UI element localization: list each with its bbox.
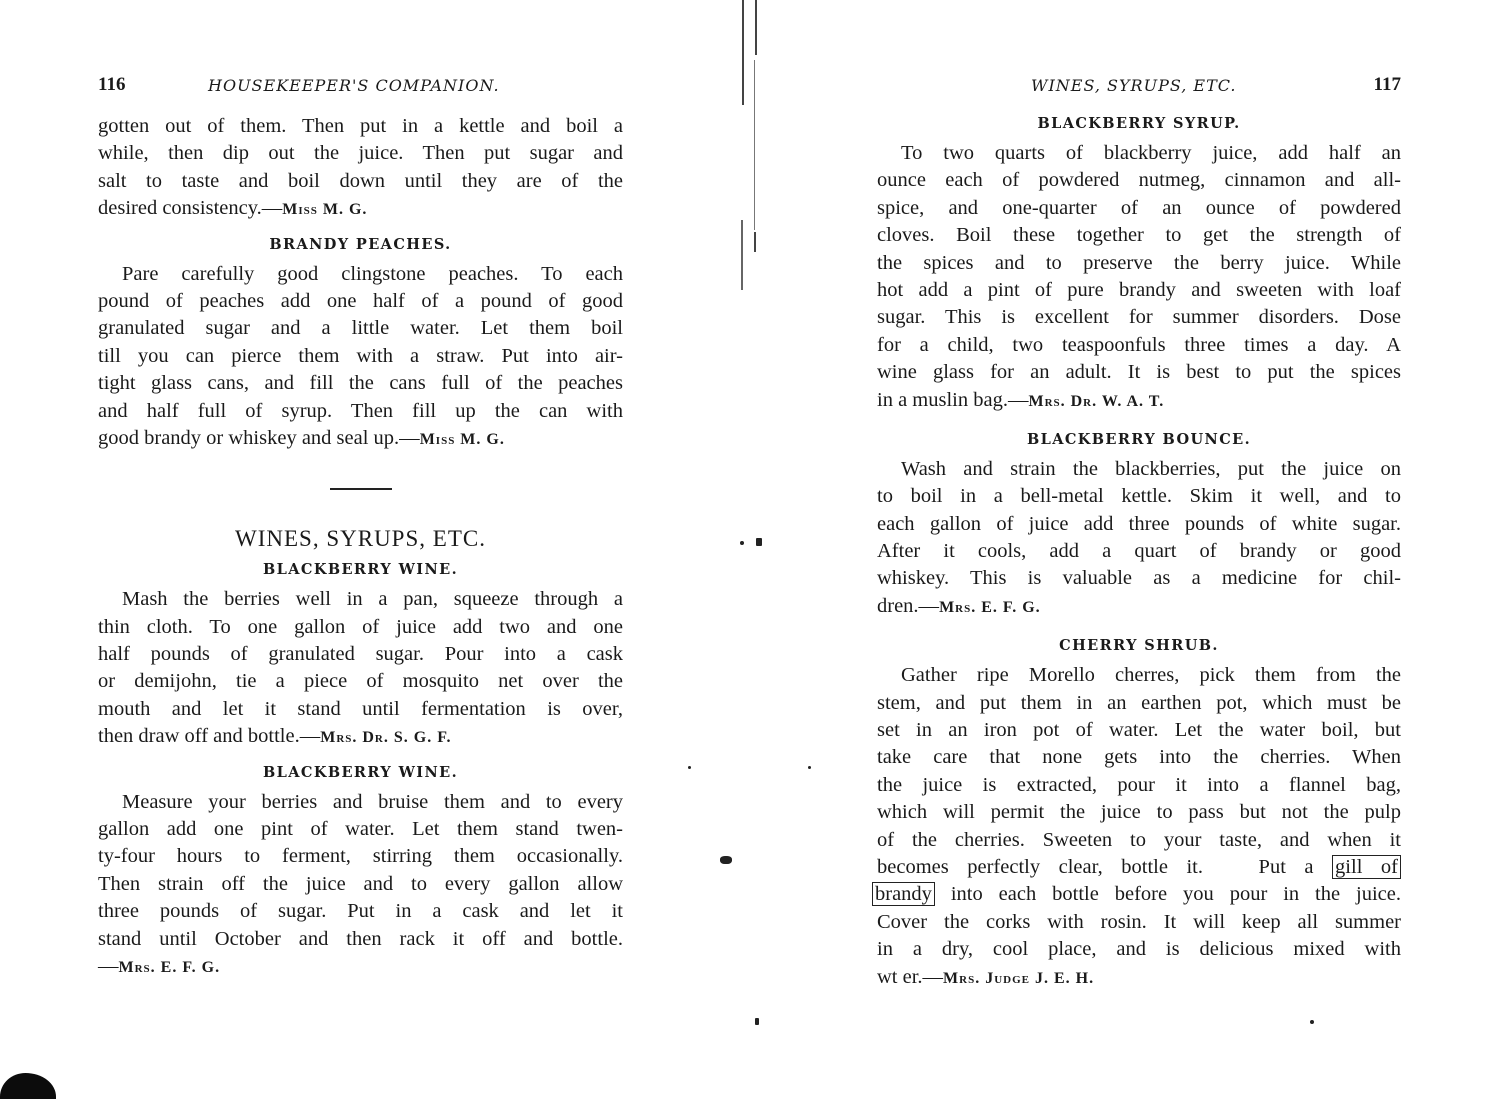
line-text: into each bottle before you pour in the … bbox=[935, 883, 1401, 905]
text-line: mouth and let it stand until fermentatio… bbox=[98, 696, 623, 723]
recipe-brandy-peaches: Pare carefully good clingstone peaches. … bbox=[98, 261, 623, 453]
text-line: while, then dip out the juice. Then put … bbox=[98, 140, 623, 167]
text-line: stand until October and then rack it off… bbox=[98, 926, 623, 953]
text-line: hot add a pint of pure brandy and sweete… bbox=[877, 277, 1401, 304]
text-line: gotten out of them. Then put in a kettle… bbox=[98, 113, 623, 140]
line-text: then draw off and bottle.— bbox=[98, 725, 320, 747]
text-line: Gather ripe Morello cherres, pick them f… bbox=[877, 662, 1401, 689]
section-title: WINES, SYRUPS, ETC. bbox=[98, 524, 623, 554]
running-header-left: 116 HOUSEKEEPER'S COMPANION. bbox=[98, 74, 623, 100]
recipe-blackberry-wine-1: Mash the berries well in a pan, squeeze … bbox=[98, 586, 623, 750]
recipe-blackberry-wine-2: Measure your berries and bruise them and… bbox=[98, 789, 623, 981]
text-line: After it cools, add a quart of brandy or… bbox=[877, 538, 1401, 565]
signature: Miss M. G. bbox=[282, 201, 367, 218]
text-line: which will permit the juice to pass but … bbox=[877, 799, 1401, 826]
text-line: each gallon of juice add three pounds of… bbox=[877, 511, 1401, 538]
text-line: and half full of syrup. Then fill up the… bbox=[98, 398, 623, 425]
signature: Mrs. Dr. W. A. T. bbox=[1028, 393, 1164, 410]
text-line: stem, and put them in an earthen pot, wh… bbox=[877, 690, 1401, 717]
text-line: Measure your berries and bruise them and… bbox=[98, 789, 623, 816]
page-number: 116 bbox=[98, 74, 125, 96]
signature: Mrs. Judge J. E. H. bbox=[943, 970, 1094, 987]
text-line: granulated sugar and a little water. Let… bbox=[98, 315, 623, 342]
recipe-heading: BLACKBERRY WINE. bbox=[98, 763, 623, 783]
running-head-title: WINES, SYRUPS, ETC. bbox=[1031, 76, 1237, 95]
running-header-right: WINES, SYRUPS, ETC. 117 bbox=[877, 74, 1401, 100]
text-line: salt to taste and boil down until they a… bbox=[98, 168, 623, 195]
text-line: three pounds of sugar. Put in a cask and… bbox=[98, 898, 623, 925]
recipe-heading: BLACKBERRY BOUNCE. bbox=[877, 430, 1401, 450]
text-line: tight glass cans, and fill the cans full… bbox=[98, 370, 623, 397]
recipe-cherry-shrub: Gather ripe Morello cherres, pick them f… bbox=[877, 662, 1401, 991]
text-line: cloves. Boil these together to get the s… bbox=[877, 222, 1401, 249]
text-line: wt er.—Mrs. Judge J. E. H. bbox=[877, 964, 1401, 991]
text-line: Then strain off the juice and to every g… bbox=[98, 871, 623, 898]
page-number: 117 bbox=[1374, 74, 1401, 96]
recipe-blackberry-syrup: To two quarts of blackberry juice, add h… bbox=[877, 140, 1401, 414]
text-line: whiskey. This is valuable as a medicine … bbox=[877, 565, 1401, 592]
text-line: or demijohn, tie a piece of mosquito net… bbox=[98, 668, 623, 695]
recipe-heading: BLACKBERRY SYRUP. bbox=[877, 114, 1401, 134]
text-line: brandy into each bottle before you pour … bbox=[872, 881, 1401, 908]
book-gutter-line bbox=[754, 60, 755, 230]
text-line: half pounds of granulated sugar. Pour in… bbox=[98, 641, 623, 668]
text-line: pound of peaches add one half of a pound… bbox=[98, 288, 623, 315]
text-line: set in an iron pot of water. Let the wat… bbox=[877, 717, 1401, 744]
scan-ink-blot bbox=[0, 1073, 56, 1099]
text-line: spice, and one-quarter of an ounce of po… bbox=[877, 195, 1401, 222]
text-line: —Mrs. E. F. G. bbox=[98, 953, 623, 980]
line-text: — bbox=[98, 955, 119, 977]
text-line: in a dry, cool place, and is delicious m… bbox=[877, 936, 1401, 963]
scan-speck bbox=[740, 541, 744, 545]
text-line: take care that none gets into the cherri… bbox=[877, 744, 1401, 771]
signature: Mrs. E. F. G. bbox=[119, 959, 221, 976]
text-line: desired consistency.—Miss M. G. bbox=[98, 195, 623, 222]
scan-speck bbox=[808, 766, 811, 769]
text-line: good brandy or whiskey and seal up.—Miss… bbox=[98, 425, 623, 452]
line-text: good brandy or whiskey and seal up.— bbox=[98, 427, 420, 449]
scan-speck bbox=[1310, 1020, 1314, 1024]
scan-speck bbox=[755, 1018, 759, 1025]
text-line: to boil in a bell-metal kettle. Skim it … bbox=[877, 483, 1401, 510]
scan-speck bbox=[688, 766, 691, 769]
line-text: wt er.— bbox=[877, 966, 943, 988]
text-line: Wash and strain the blackberries, put th… bbox=[877, 456, 1401, 483]
book-gutter-line bbox=[741, 220, 743, 290]
line-text: dren.— bbox=[877, 595, 939, 617]
signature: Mrs. E. F. G. bbox=[939, 599, 1041, 616]
text-line: Cover the corks with rosin. It will keep… bbox=[877, 909, 1401, 936]
continuation-paragraph: gotten out of them. Then put in a kettle… bbox=[98, 113, 623, 223]
line-text: in a muslin bag.— bbox=[877, 389, 1028, 411]
book-gutter-line bbox=[742, 0, 744, 105]
text-line: then draw off and bottle.—Mrs. Dr. S. G.… bbox=[98, 723, 623, 750]
recipe-heading: BRANDY PEACHES. bbox=[98, 235, 623, 255]
scan-speck bbox=[756, 538, 762, 546]
text-line: of the cherries. Sweeten to your taste, … bbox=[877, 827, 1401, 854]
text-line: the spices and to preserve the berry jui… bbox=[877, 250, 1401, 277]
text-line: dren.—Mrs. E. F. G. bbox=[877, 593, 1401, 620]
text-line: ounce each of powdered nutmeg, cinnamon … bbox=[877, 167, 1401, 194]
text-line: ty-four hours to ferment, stirring them … bbox=[98, 843, 623, 870]
scan-speck bbox=[720, 856, 732, 864]
recipe-heading: BLACKBERRY WINE. bbox=[98, 560, 623, 580]
signature: Miss M. G. bbox=[420, 431, 505, 448]
highlight-box-brandy: brandy bbox=[872, 882, 935, 906]
text-line: thin cloth. To one gallon of juice add t… bbox=[98, 614, 623, 641]
recipe-blackberry-bounce: Wash and strain the blackberries, put th… bbox=[877, 456, 1401, 620]
line-text: becomes perfectly clear, bottle it. Put … bbox=[877, 856, 1332, 878]
book-gutter-line bbox=[755, 0, 757, 55]
text-line: wine glass for an adult. It is best to p… bbox=[877, 359, 1401, 386]
right-page-body: BLACKBERRY SYRUP. To two quarts of black… bbox=[877, 114, 1401, 991]
text-line: in a muslin bag.—Mrs. Dr. W. A. T. bbox=[877, 387, 1401, 414]
book-gutter-line bbox=[754, 232, 756, 252]
section-divider-rule bbox=[330, 488, 392, 490]
highlight-box-gill-of: gill of bbox=[1332, 855, 1401, 879]
left-page-body: gotten out of them. Then put in a kettle… bbox=[98, 113, 623, 980]
running-head-title: HOUSEKEEPER'S COMPANION. bbox=[208, 76, 500, 95]
line-text: desired consistency.— bbox=[98, 197, 282, 219]
recipe-heading: CHERRY SHRUB. bbox=[877, 636, 1401, 656]
signature: Mrs. Dr. S. G. F. bbox=[320, 729, 451, 746]
text-line: To two quarts of blackberry juice, add h… bbox=[877, 140, 1401, 167]
text-line: for a child, two teaspoonfuls three time… bbox=[877, 332, 1401, 359]
text-line: gallon add one pint of water. Let them s… bbox=[98, 816, 623, 843]
text-line: Pare carefully good clingstone peaches. … bbox=[98, 261, 623, 288]
text-line: the juice is extracted, pour it into a f… bbox=[877, 772, 1401, 799]
text-line: becomes perfectly clear, bottle it. Put … bbox=[877, 854, 1401, 881]
text-line: Mash the berries well in a pan, squeeze … bbox=[98, 586, 623, 613]
text-line: till you can pierce them with a straw. P… bbox=[98, 343, 623, 370]
text-line: sugar. This is excellent for summer diso… bbox=[877, 304, 1401, 331]
